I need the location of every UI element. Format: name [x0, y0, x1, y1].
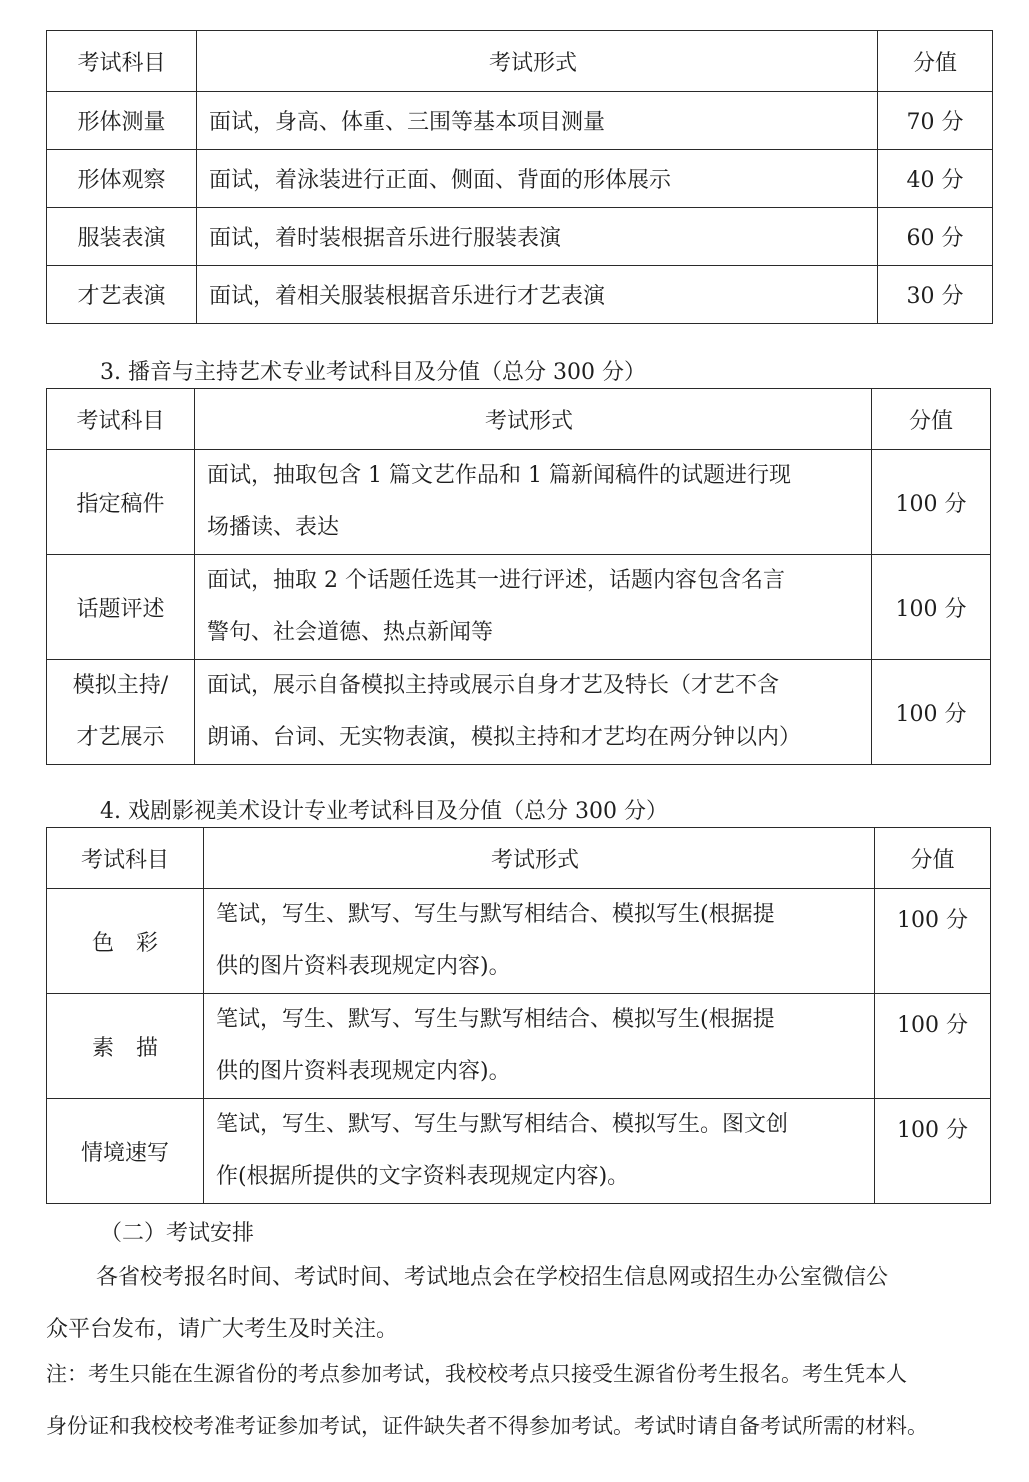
header-score: 分值	[878, 31, 993, 92]
broadcasting-exam-table: 考试科目 考试形式 分值 指定稿件 面试，抽取包含 1 篇文艺作品和 1 篇新闻…	[46, 388, 991, 765]
score-cell: 60 分	[878, 208, 993, 266]
header-score: 分值	[875, 828, 991, 889]
subject-line: 才艺展示	[47, 712, 194, 764]
header-form: 考试形式	[195, 389, 872, 450]
subject-cell: 才艺表演	[47, 266, 197, 324]
form-line: 笔试，写生、默写、写生与默写相结合、模拟写生(根据提	[216, 889, 866, 941]
subject-cell: 情境速写	[47, 1099, 204, 1204]
subject-cell: 话题评述	[47, 555, 195, 660]
form-line: 朗诵、台词、无实物表演，模拟主持和才艺均在两分钟以内）	[207, 712, 863, 764]
table-row: 指定稿件 面试，抽取包含 1 篇文艺作品和 1 篇新闻稿件的试题进行现 场播读、…	[47, 450, 991, 555]
subject-cell: 形体观察	[47, 150, 197, 208]
header-subject: 考试科目	[47, 828, 204, 889]
score-cell: 100 分	[872, 660, 991, 765]
form-cell: 面试，身高、体重、三围等基本项目测量	[197, 92, 878, 150]
table-row: 话题评述 面试，抽取 2 个话题任选其一进行评述，话题内容包含名言 警句、社会道…	[47, 555, 991, 660]
table-row: 服装表演 面试，着时装根据音乐进行服装表演 60 分	[47, 208, 993, 266]
form-line: 作(根据所提供的文字资料表现规定内容)。	[216, 1151, 866, 1203]
score-cell: 70 分	[878, 92, 993, 150]
section3-heading: 3. 播音与主持艺术专业考试科目及分值（总分 300 分）	[100, 355, 646, 386]
header-score: 分值	[872, 389, 991, 450]
model-exam-table: 考试科目 考试形式 分值 形体测量 面试，身高、体重、三围等基本项目测量 70 …	[46, 30, 993, 324]
note-paragraph: 注：考生只能在生源省份的考点参加考试，我校校考点只接受生源省份考生报名。考生凭本…	[46, 1348, 1026, 1452]
subject-cell: 模拟主持/ 才艺展示	[47, 660, 195, 765]
header-subject: 考试科目	[47, 31, 197, 92]
form-line: 笔试，写生、默写、写生与默写相结合、模拟写生(根据提	[216, 994, 866, 1046]
form-cell: 面试，抽取包含 1 篇文艺作品和 1 篇新闻稿件的试题进行现 场播读、表达	[195, 450, 872, 555]
score-cell: 100 分	[875, 889, 991, 994]
art-design-exam-table: 考试科目 考试形式 分值 色彩 笔试，写生、默写、写生与默写相结合、模拟写生(根…	[46, 827, 991, 1204]
subject-cell: 指定稿件	[47, 450, 195, 555]
table-row: 形体观察 面试，着泳装进行正面、侧面、背面的形体展示 40 分	[47, 150, 993, 208]
form-cell: 面试，展示自备模拟主持或展示自身才艺及特长（才艺不含 朗诵、台词、无实物表演，模…	[195, 660, 872, 765]
note-line: 注：考生只能在生源省份的考点参加考试，我校校考点只接受生源省份考生报名。考生凭本…	[46, 1348, 1026, 1400]
header-form: 考试形式	[204, 828, 875, 889]
subject-cell: 形体测量	[47, 92, 197, 150]
table-header-row: 考试科目 考试形式 分值	[47, 828, 991, 889]
subject-cell: 色彩	[47, 889, 204, 994]
score-cell: 30 分	[878, 266, 993, 324]
score-text: 100 分	[897, 1118, 968, 1143]
form-line: 面试，抽取 2 个话题任选其一进行评述，话题内容包含名言	[207, 555, 863, 607]
table-row: 模拟主持/ 才艺展示 面试，展示自备模拟主持或展示自身才艺及特长（才艺不含 朗诵…	[47, 660, 991, 765]
form-cell: 面试，着时装根据音乐进行服装表演	[197, 208, 878, 266]
subject-cell: 服装表演	[47, 208, 197, 266]
form-line: 供的图片资料表现规定内容)。	[216, 1046, 866, 1098]
table-header-row: 考试科目 考试形式 分值	[47, 31, 993, 92]
form-line: 面试，抽取包含 1 篇文艺作品和 1 篇新闻稿件的试题进行现	[207, 450, 863, 502]
table-row: 素描 笔试，写生、默写、写生与默写相结合、模拟写生(根据提 供的图片资料表现规定…	[47, 994, 991, 1099]
form-cell: 面试，抽取 2 个话题任选其一进行评述，话题内容包含名言 警句、社会道德、热点新…	[195, 555, 872, 660]
section4-heading: 4. 戏剧影视美术设计专业考试科目及分值（总分 300 分）	[100, 794, 668, 825]
form-cell: 笔试，写生、默写、写生与默写相结合、模拟写生。图文创 作(根据所提供的文字资料表…	[204, 1099, 875, 1204]
score-cell: 100 分	[872, 450, 991, 555]
table-row: 才艺表演 面试，着相关服装根据音乐进行才艺表演 30 分	[47, 266, 993, 324]
form-cell: 面试，着泳装进行正面、侧面、背面的形体展示	[197, 150, 878, 208]
header-subject: 考试科目	[47, 389, 195, 450]
arrangement-heading: （二）考试安排	[100, 1216, 254, 1247]
paragraph-line: 各省校考报名时间、考试时间、考试地点会在学校招生信息网或招生办公室微信公	[46, 1252, 1006, 1304]
score-text: 100 分	[897, 908, 968, 933]
score-cell: 100 分	[872, 555, 991, 660]
form-cell: 面试，着相关服装根据音乐进行才艺表演	[197, 266, 878, 324]
table-row: 情境速写 笔试，写生、默写、写生与默写相结合、模拟写生。图文创 作(根据所提供的…	[47, 1099, 991, 1204]
arrangement-paragraph: 各省校考报名时间、考试时间、考试地点会在学校招生信息网或招生办公室微信公 众平台…	[46, 1252, 1006, 1356]
table-header-row: 考试科目 考试形式 分值	[47, 389, 991, 450]
subject-text: 素描	[70, 1036, 180, 1061]
form-line: 场播读、表达	[207, 502, 863, 554]
form-line: 面试，展示自备模拟主持或展示自身才艺及特长（才艺不含	[207, 660, 863, 712]
score-text: 100 分	[897, 1013, 968, 1038]
subject-line: 模拟主持/	[47, 660, 194, 712]
score-cell: 100 分	[875, 994, 991, 1099]
note-line: 身份证和我校校考准考证参加考试，证件缺失者不得参加考试。考试时请自备考试所需的材…	[46, 1400, 1026, 1452]
table-row: 形体测量 面试，身高、体重、三围等基本项目测量 70 分	[47, 92, 993, 150]
score-cell: 100 分	[875, 1099, 991, 1204]
table-row: 色彩 笔试，写生、默写、写生与默写相结合、模拟写生(根据提 供的图片资料表现规定…	[47, 889, 991, 994]
subject-cell: 素描	[47, 994, 204, 1099]
subject-text: 色彩	[70, 931, 180, 956]
header-form: 考试形式	[197, 31, 878, 92]
form-line: 供的图片资料表现规定内容)。	[216, 941, 866, 993]
form-line: 警句、社会道德、热点新闻等	[207, 607, 863, 659]
score-cell: 40 分	[878, 150, 993, 208]
form-line: 笔试，写生、默写、写生与默写相结合、模拟写生。图文创	[216, 1099, 866, 1151]
form-cell: 笔试，写生、默写、写生与默写相结合、模拟写生(根据提 供的图片资料表现规定内容)…	[204, 889, 875, 994]
form-cell: 笔试，写生、默写、写生与默写相结合、模拟写生(根据提 供的图片资料表现规定内容)…	[204, 994, 875, 1099]
